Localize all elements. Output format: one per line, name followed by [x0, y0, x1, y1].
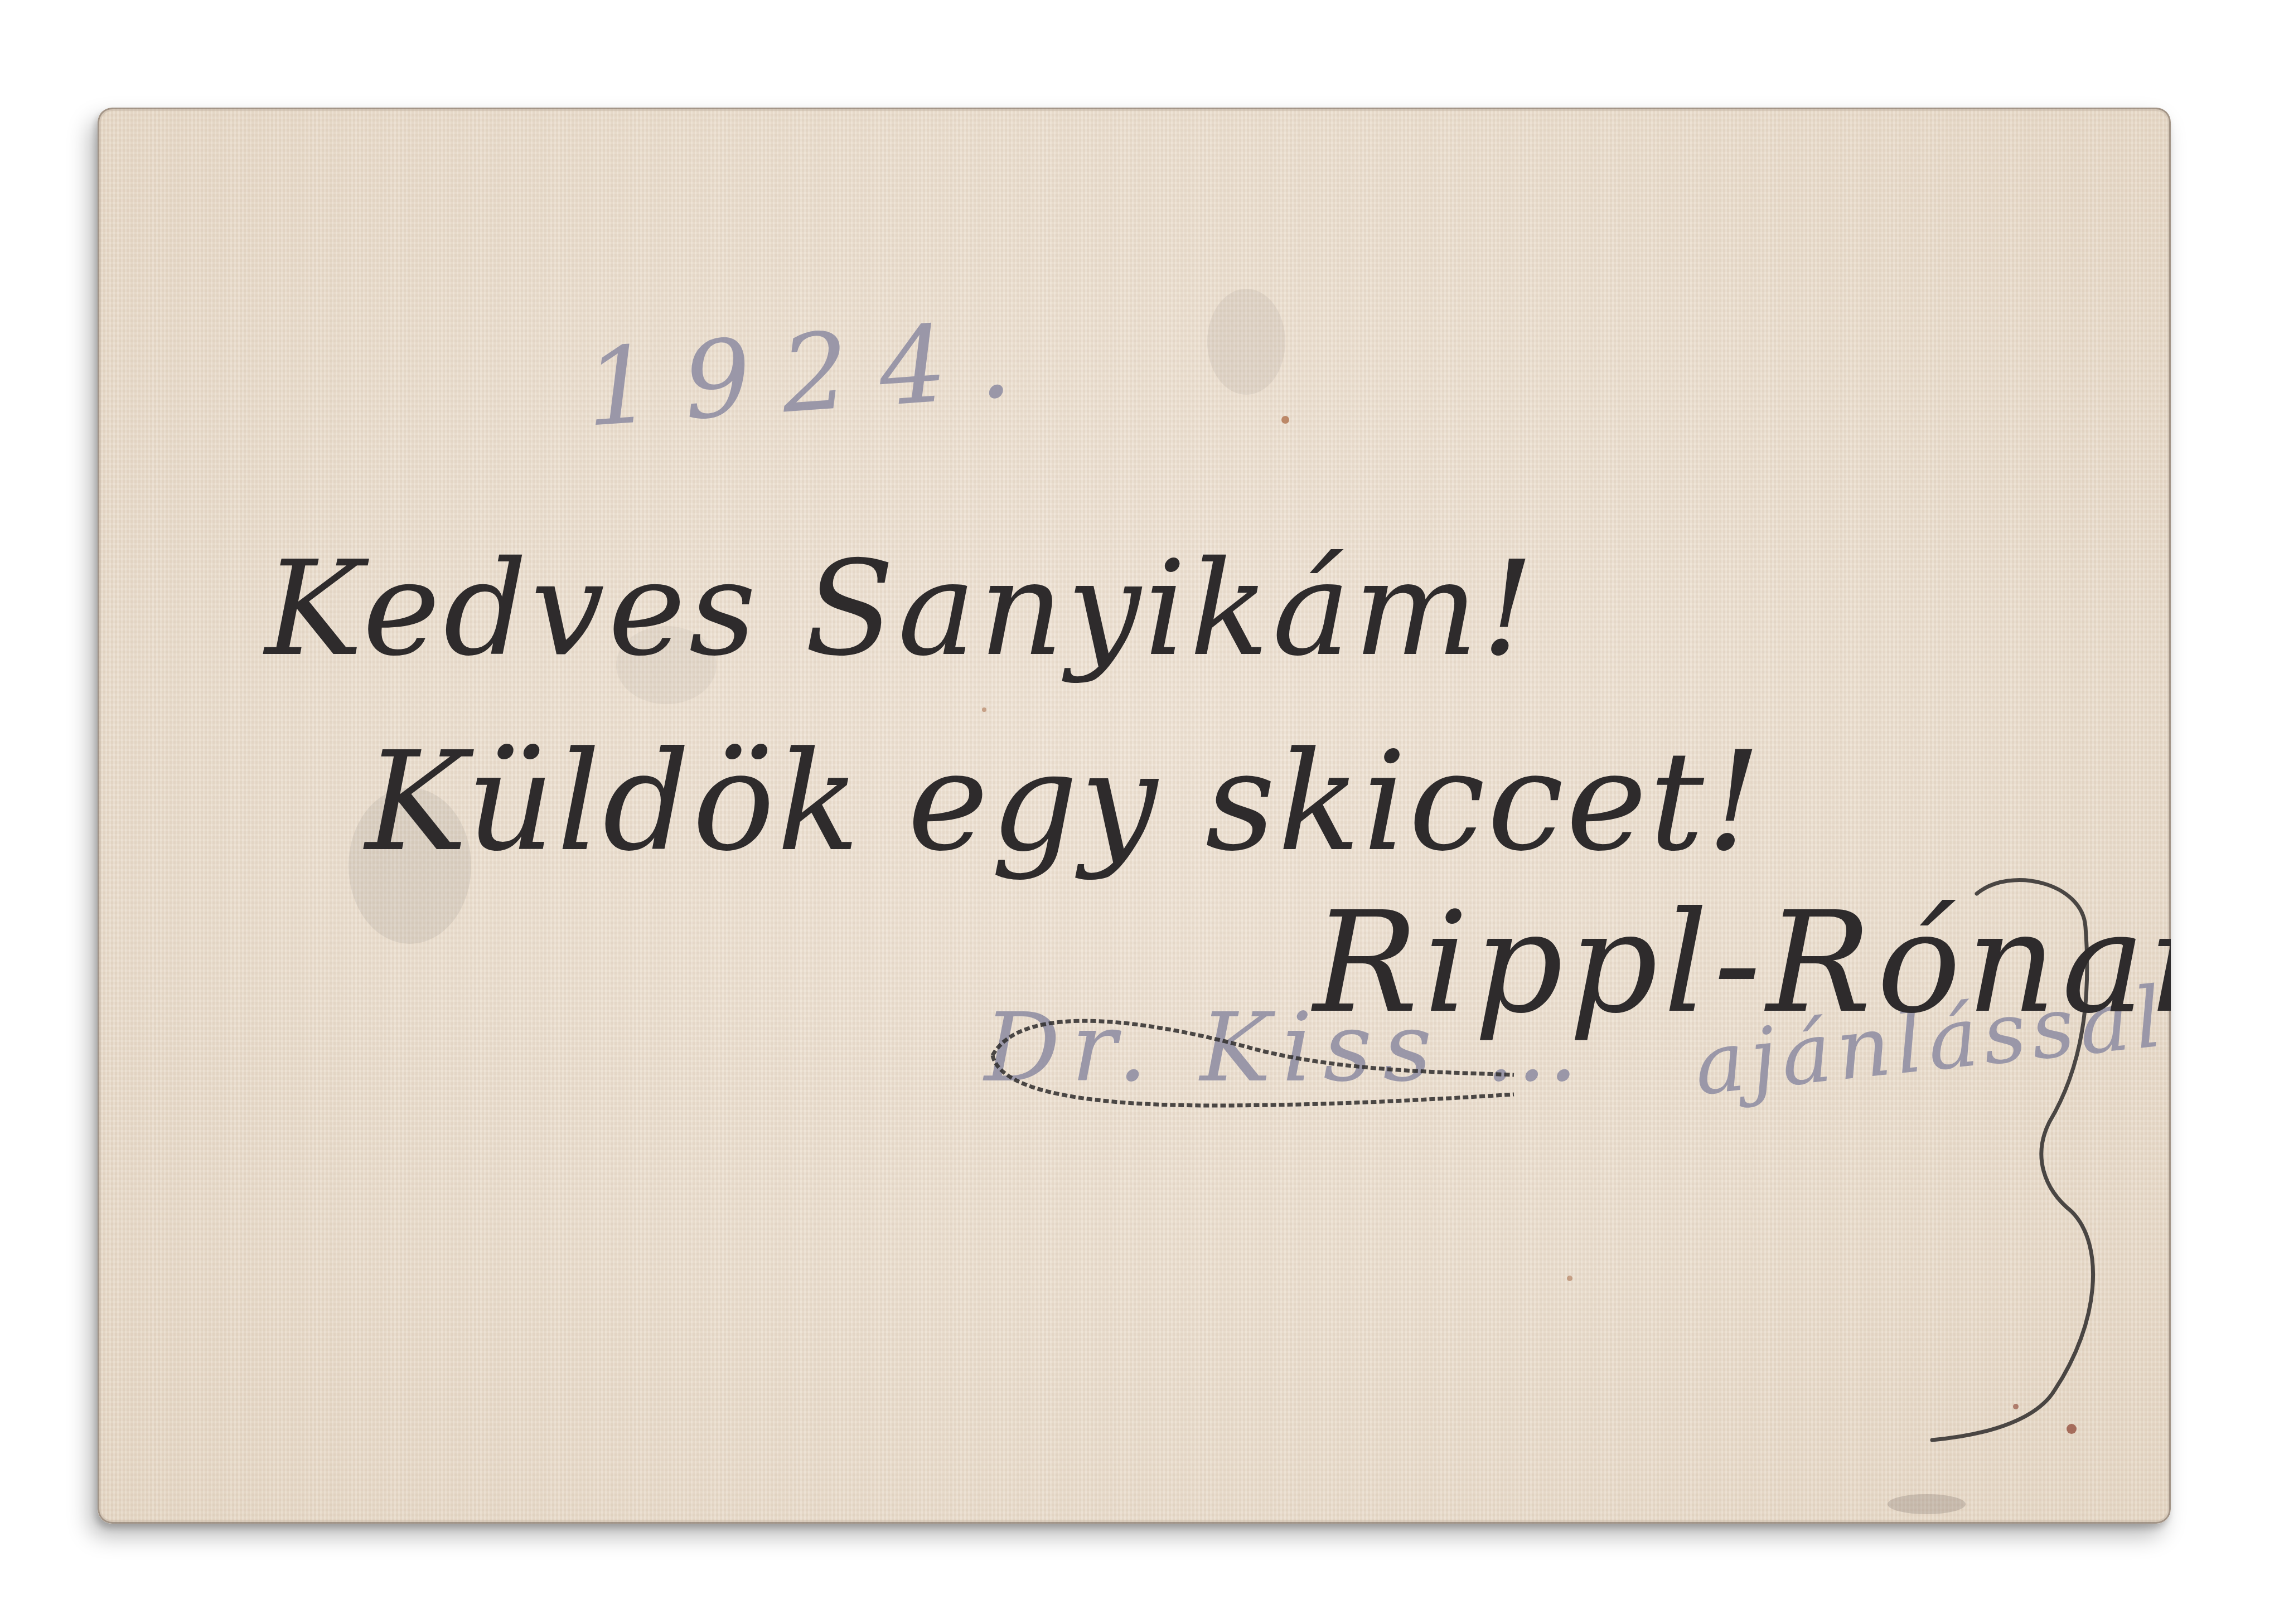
message-line: Küldök egy skiccet! — [363, 723, 1763, 881]
postcard: 1924. Kedves Sanyikám! Küldök egy skicce… — [98, 108, 2171, 1524]
date-text: 1924. — [582, 295, 1046, 450]
greeting-line: Kedves Sanyikám! — [263, 533, 1537, 685]
handwriting-layer: 1924. Kedves Sanyikám! Küldök egy skicce… — [98, 108, 2171, 1524]
signature: Rippl-Rónai — [1311, 881, 2171, 1044]
